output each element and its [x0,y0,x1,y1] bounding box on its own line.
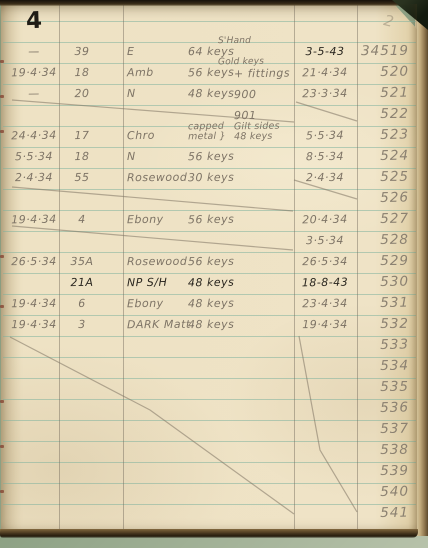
ledger-cell-serial: 524 [352,150,409,163]
ledger-cell-num: 20 [66,88,98,100]
ledger-cell-serial: 536 [352,401,409,414]
ledger-cell-d1: NP S/H [127,277,168,290]
ledger-cell-serial: 526 [352,191,409,204]
ledger-cell-date: 5·5·34 [8,151,60,164]
ledger-cell-date2: 5·5·34 [296,130,354,143]
ledger-cell-d2: 56 keys [188,67,235,80]
ledger-cell-date: 19·4·34 [8,67,60,80]
ledger-cell-serial: 539 [352,465,409,477]
ledger-cell-date2: 26·5·34 [296,256,354,268]
column-line-3 [294,5,295,530]
ledger-cell-serial: 538 [352,444,409,457]
ledger-cell-date: — [8,46,60,58]
ledger-cell-d2: 56 keys [188,214,235,227]
ledger-cell-d2: 48 keys [188,88,235,101]
ledger-cell-d2: 30 keys [188,172,234,184]
ledger-cell-note: S'Hand [218,35,251,47]
ledger-cell-date: 24·4·34 [8,130,60,143]
ledger-cell-d1: Rosewood [127,256,187,268]
ledger-cell-num: 35A [66,256,98,268]
ledger-cell-date: 19·4·34 [8,298,60,311]
ledger-cell-serial: 537 [352,423,409,436]
ledger-cell-d1: Rosewood [127,172,187,184]
binding-mark [0,130,4,133]
ledger-cell-date2: 20·4·34 [296,214,354,227]
ledger-cell-d2: 48 keys [188,298,235,311]
ledger-cell-serial: 530 [352,276,409,289]
ledger-cell-serial: 540 [352,486,409,499]
ledger-cell-serial: 532 [352,318,409,330]
ledger-cell-date: 19·4·34 [8,214,60,227]
ledger-cell-date2: 23·3·34 [296,88,354,101]
book-edge-bottom [0,529,418,538]
ledger-cell-d3: + fittings [234,68,290,81]
ledger-cell-date: 26·5·34 [8,256,60,268]
binding-mark [0,255,4,258]
ledger-cell-serial: 523 [352,129,409,142]
ledger-cell-d1: Amb [127,67,154,79]
ledger-cell-d2: 56 keys [188,151,235,164]
binding-mark [0,445,4,448]
ledger-cell-d1: Chro [127,130,155,142]
ledger-cell-d1: N [127,151,136,163]
binding-mark [0,95,4,98]
ledger-cell-serial: 525 [352,171,409,183]
ledger-cell-serial: 527 [352,213,409,226]
ledger-cell-date: 2·4·34 [8,172,60,184]
ledger-cell-serial: 529 [352,255,409,267]
ledger-cell-d2: 48 keys [188,319,234,331]
ledger-cell-num: 17 [66,130,98,143]
ledger-cell-serial: 531 [352,297,409,310]
ledger-cell-serial: 541 [352,507,409,520]
ledger-cell-num: 3 [66,319,98,331]
ledger-cell-num: 21A [66,277,98,289]
ledger-cell-serial: 34519 [352,45,409,57]
ledger-cell-serial: 520 [352,66,409,79]
ledger-cell-serial: 535 [352,381,409,393]
ledger-cell-num: 18 [66,151,98,163]
ledger-cell-d1: Ebony [127,214,164,227]
ledger-cell-date2: 3·5·34 [296,235,354,248]
ledger-cell-d1: DARK Matt [127,319,191,331]
ledger-cell-d2: capped metal } [188,122,226,143]
binding-mark [0,400,4,403]
ledger-cell-note: Gold keys [218,56,264,69]
column-line-2 [123,5,124,530]
ledger-cell-num: 18 [66,67,98,79]
ledger-cell-num: 6 [66,298,98,310]
binding-mark [0,60,4,63]
ledger-cell-d3: Gilt sides 48 keys [234,122,280,143]
ledger-cell-d2: 48 keys [188,277,235,290]
ledger-cell-d1: Ebony [127,298,164,310]
ledger-cell-serial: 533 [352,339,409,352]
ledger-scan: —39E64 keysS'Hand3-5-433451919·4·3418Amb… [0,0,428,548]
ledger-cell-date2: 21·4·34 [296,67,354,80]
ledger-cell-num: 4 [66,214,98,226]
ledger-cell-date2: 18-8-43 [296,277,354,290]
ledger-cell-date2: 23·4·34 [296,298,354,311]
ledger-cell-date2: 2·4·34 [296,172,354,184]
ledger-cell-serial: 522 [352,108,409,120]
ledger-cell-d1: N [127,88,136,100]
ledger-cell-d2: 56 keys [188,256,234,268]
ledger-cell-serial: 528 [352,234,409,247]
page-number: 4 [26,8,43,35]
ledger-cell-serial: 521 [352,87,409,100]
ledger-cell-date2: 19·4·34 [296,319,354,331]
ledger-cell-serial: 534 [352,360,409,373]
binding-mark [0,305,4,308]
ledger-cell-date: 19·4·34 [8,319,60,331]
ledger-cell-date2: 3-5-43 [296,46,354,58]
ledger-cell-d1: E [127,46,135,58]
book-edge-top [0,0,428,6]
ledger-cell-d3: 900 [234,89,257,101]
binding-mark [0,490,4,493]
ledger-cell-num: 55 [66,172,98,184]
ledger-cell-date2: 8·5·34 [296,151,354,164]
ledger-cell-date: — [8,88,60,101]
ledger-cell-num: 39 [66,46,98,58]
